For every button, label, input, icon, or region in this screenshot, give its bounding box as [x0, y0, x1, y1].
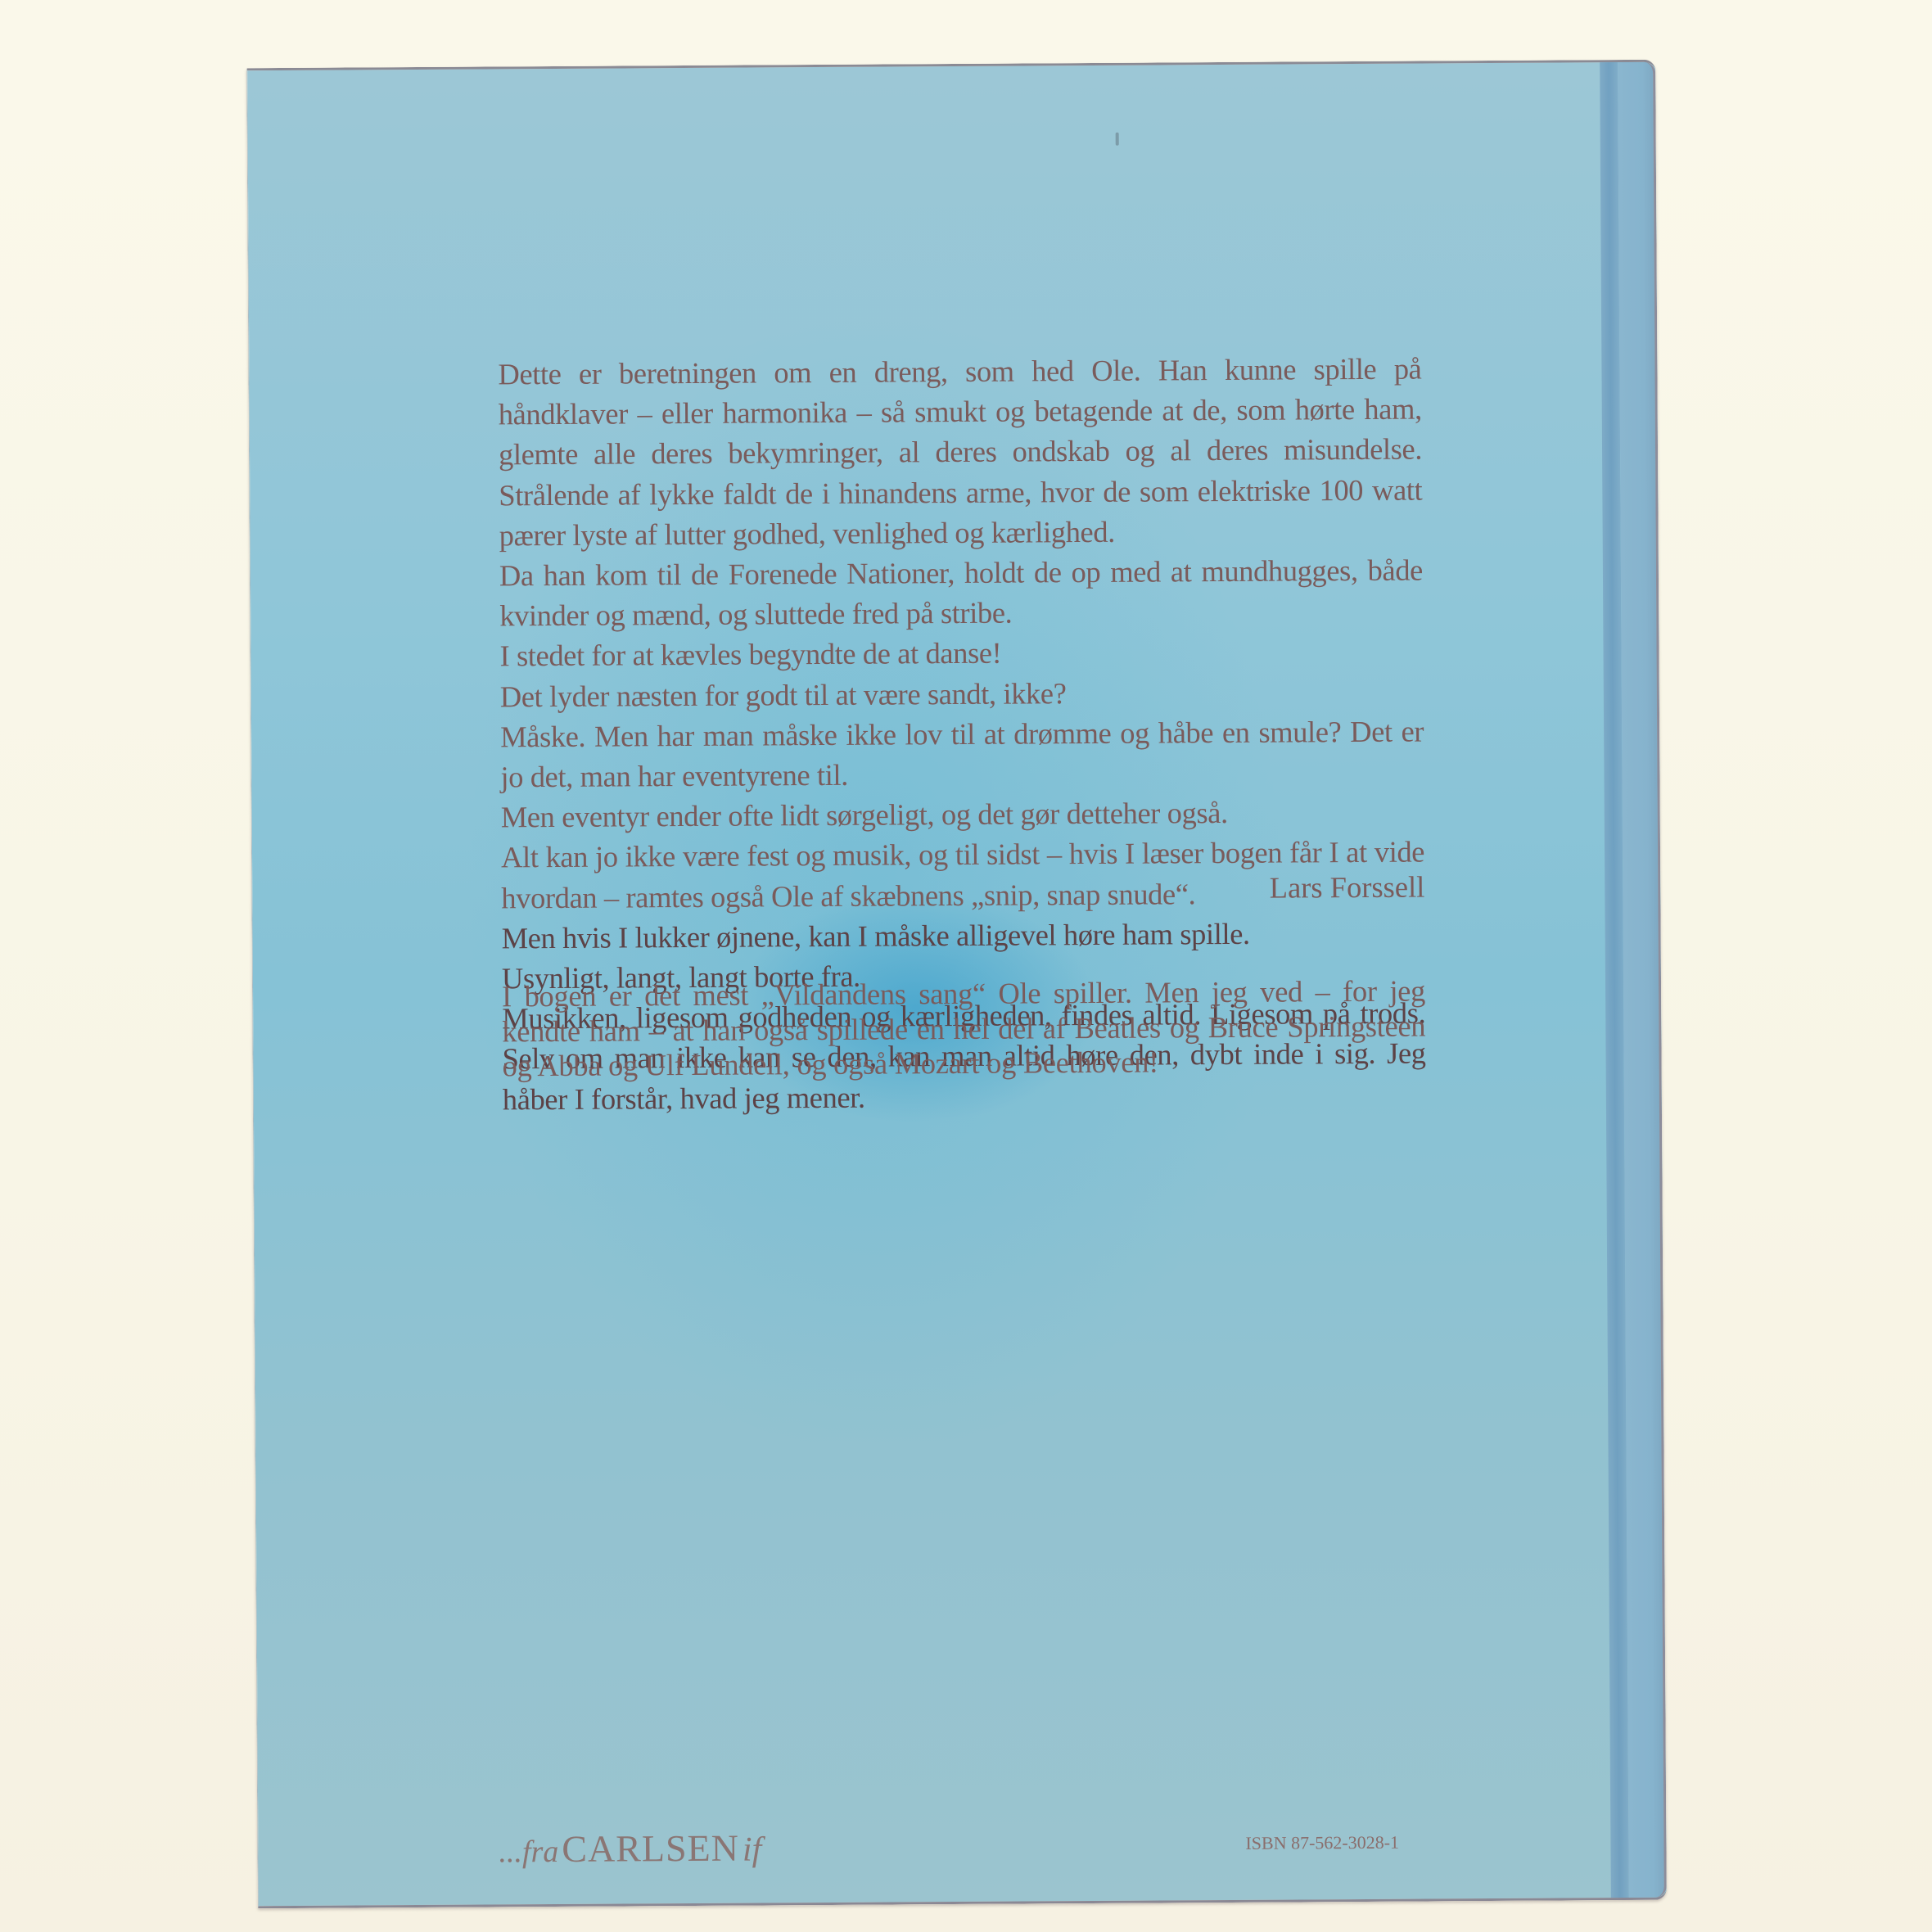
blurb-paragraph: I stedet for at kævles begyndte de at da… — [499, 630, 1423, 676]
blurb-paragraph: Måske. Men har man måske ikke lov til at… — [500, 711, 1424, 797]
photo-scene: Dette er beretningen om en dreng, som he… — [0, 0, 1932, 1932]
blurb-paragraph: Det lyder næsten for godt til at være sa… — [500, 670, 1424, 716]
cover-speck — [1116, 133, 1119, 146]
isbn-number: ISBN 87-562-3028-1 — [1245, 1832, 1399, 1854]
blurb-paragraph: Men eventyr ender ofte lidt sørgeligt, o… — [501, 792, 1424, 837]
publisher-prefix: ...fra — [499, 1835, 558, 1869]
publisher-logo: ...fra CARLSEN if — [499, 1826, 761, 1871]
publisher-suffix: if — [743, 1830, 762, 1868]
publisher-name: CARLSEN — [562, 1827, 739, 1870]
book-back-cover: Dette er beretningen om en dreng, som he… — [246, 60, 1667, 1908]
blurb-paragraph: Dette er beretningen om en dreng, som he… — [498, 349, 1422, 556]
blurb-paragraph: Da han kom til de Forenede Nationer, hol… — [499, 550, 1424, 636]
author-signature: Lars Forssell — [501, 869, 1424, 910]
blurb-paragraph: Men hvis I lukker øjnene, kan I måske al… — [501, 912, 1424, 958]
music-note-paragraph: I bogen er det mest „Vildandens sang“ Ol… — [502, 974, 1426, 1084]
